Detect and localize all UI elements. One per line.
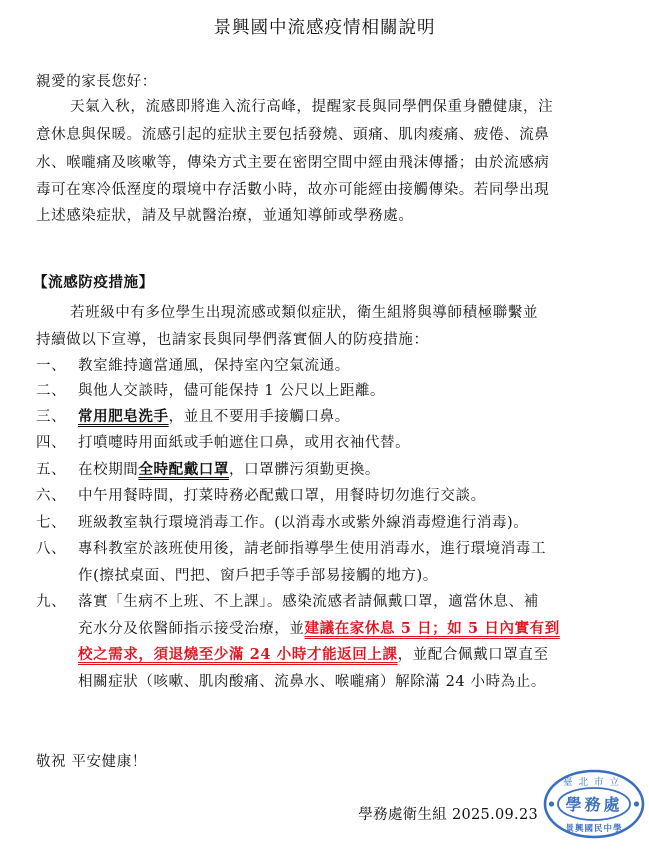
list-number: 九、 — [36, 592, 78, 612]
signature: 學務處衛生組 2025.09.23 — [358, 803, 538, 824]
intro-line: 天氣入秋，流感即將進入流行高峰，提醒家長與同學們保重身體健康，注 — [36, 97, 553, 117]
list-text-continuation: 作(擦拭桌面、門把、窗戶把手等手部易接觸的地方)。 — [78, 566, 438, 586]
intro-line: 毒可在寒冷低溼度的環境中存活數小時，故亦可能經由接觸傳染。若同學出現 — [36, 180, 549, 200]
emphasis-text: 常用肥皂洗手 — [78, 408, 169, 425]
intro-line: 水、喉嚨痛及咳嗽等，傳染方式主要在密閉空間中經由飛沫傳播；由於流感病 — [36, 153, 549, 173]
section-intro-line: 若班級中有多位學生出現流感或類似症狀，衛生組將與導師積極聯繫並 — [36, 303, 538, 323]
list-text: 充水分及依醫師指示接受治療，並 — [78, 621, 305, 637]
list-number: 三、 — [36, 407, 78, 427]
list-text: 班級教室執行環境消毒工作。(以消毒水或紫外線消毒燈進行消毒)。 — [78, 515, 528, 531]
list-number: 六、 — [36, 486, 78, 506]
list-item: 三、常用肥皂洗手，並且不要用手接觸口鼻。 — [36, 407, 350, 427]
list-text-continuation: 充水分及依醫師指示接受治療，並建議在家休息 5 日；如 5 日內實有到 — [78, 619, 560, 639]
list-item: 四、打噴嚏時用面紙或手帕遮住口鼻，或用衣袖代替。 — [36, 433, 410, 453]
list-number: 七、 — [36, 513, 78, 533]
list-text: 專科教室於該班使用後，請老師指導學生使用消毒水，進行環境消毒工 — [78, 541, 546, 557]
seal-bottom-text: 景興國民中學 — [565, 823, 622, 834]
list-number: 四、 — [36, 433, 78, 453]
list-number: 五、 — [36, 460, 78, 480]
list-item: 八、專科教室於該班使用後，請老師指導學生使用消毒水，進行環境消毒工 — [36, 539, 546, 559]
seal-top-text: 臺北市立 — [563, 776, 625, 788]
list-text: 在校期間 — [78, 462, 138, 478]
list-item: 六、中午用餐時間，打菜時務必配戴口罩，用餐時切勿進行交談。 — [36, 486, 486, 506]
red-emphasis-text: 建議在家休息 5 日；如 5 日內實有到 — [305, 620, 560, 637]
list-item: 一、教室維持適當通風，保持室內空氣流通。 — [36, 356, 350, 376]
list-text: 中午用餐時間，打菜時務必配戴口罩，用餐時切勿進行交談。 — [78, 488, 486, 504]
list-item: 五、在校期間全時配戴口罩，口罩髒污須勤更換。 — [36, 460, 380, 480]
list-text: 落實「生病不上班、不上課」。感染流感者請佩戴口罩，適當休息、補 — [78, 594, 539, 610]
list-number: 一、 — [36, 356, 78, 376]
list-number: 二、 — [36, 381, 78, 401]
seal-center-text: 學務處 — [564, 795, 622, 814]
list-number: 八、 — [36, 539, 78, 559]
list-text: 打噴嚏時用面紙或手帕遮住口鼻，或用衣袖代替。 — [78, 435, 410, 451]
closing-salutation: 敬祝 平安健康！ — [36, 752, 147, 772]
greeting: 親愛的家長您好： — [36, 72, 157, 92]
list-text-continuation: 校之需求，須退燒至少滿 24 小時才能返回上課，並配合佩戴口罩直至 — [78, 645, 549, 665]
list-text: ，並配合佩戴口罩直至 — [398, 647, 549, 663]
list-text: ，口罩髒污須勤更換。 — [229, 462, 380, 478]
list-text: ，並且不要用手接觸口鼻。 — [169, 409, 350, 425]
document-title: 景興國中流感疫情相關說明 — [0, 14, 649, 39]
emphasis-text: 全時配戴口罩 — [138, 461, 229, 478]
intro-line: 上述感染症狀，請及早就醫治療，並通知導師或學務處。 — [36, 206, 414, 226]
intro-line: 意休息與保暖。流感引起的症狀主要包括發燒、頭痛、肌肉痠痛、疲倦、流鼻 — [36, 125, 549, 145]
school-seal-stamp: 臺北市立 學務處 景興國民中學 — [543, 769, 645, 839]
list-item: 七、班級教室執行環境消毒工作。(以消毒水或紫外線消毒燈進行消毒)。 — [36, 513, 528, 533]
section-intro-line: 持續做以下宣導，也請家長與同學們落實個人的防疫措施： — [36, 330, 429, 350]
section-heading: 【流感防疫措施】 — [33, 273, 154, 293]
list-item: 二、與他人交談時，儘可能保持 1 公尺以上距離。 — [36, 381, 385, 401]
red-emphasis-text: 校之需求，須退燒至少滿 24 小時才能返回上課 — [78, 646, 398, 663]
list-text: 教室維持適當通風，保持室內空氣流通。 — [78, 358, 350, 374]
list-item: 九、落實「生病不上班、不上課」。感染流感者請佩戴口罩，適當休息、補 — [36, 592, 539, 612]
seal-icon: 臺北市立 學務處 景興國民中學 — [543, 769, 645, 839]
list-text-continuation: 相關症狀（咳嗽、肌肉酸痛、流鼻水、喉嚨痛）解除滿 24 小時為止。 — [78, 672, 546, 692]
list-text: 與他人交談時，儘可能保持 1 公尺以上距離。 — [78, 383, 385, 399]
